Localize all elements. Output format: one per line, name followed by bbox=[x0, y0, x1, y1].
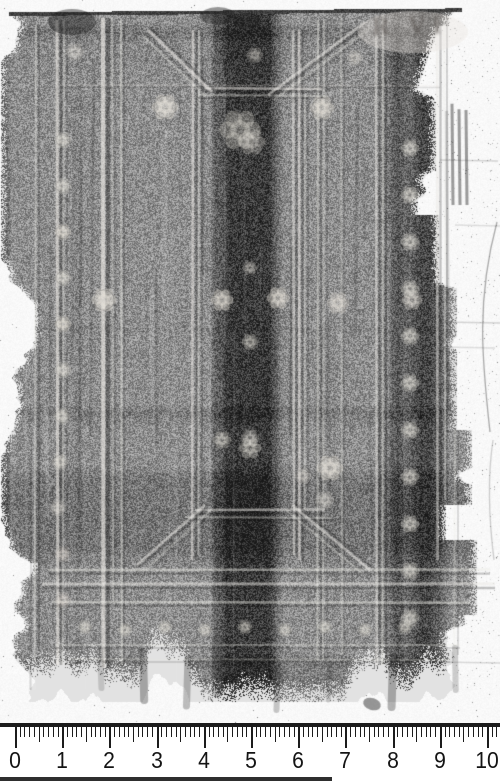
ruler-tick bbox=[95, 727, 96, 737]
ruler-tick bbox=[24, 727, 25, 737]
ruler-tick bbox=[67, 727, 68, 737]
ruler-tick bbox=[124, 727, 125, 737]
ruler-number: 8 bbox=[376, 747, 409, 774]
ruler-tick bbox=[303, 727, 304, 737]
ruler-tick bbox=[185, 727, 186, 737]
ruler-tick bbox=[350, 727, 351, 737]
ruler-tick bbox=[459, 727, 460, 737]
scan-edge-artifact bbox=[0, 777, 332, 781]
ruler-tick bbox=[445, 727, 446, 737]
ruler-number: 5 bbox=[234, 747, 267, 774]
ruler-tick bbox=[449, 727, 450, 737]
measurement-ruler: 012345678910 bbox=[0, 723, 500, 781]
ruler-tick bbox=[412, 727, 413, 737]
ruler-tick bbox=[251, 727, 253, 748]
ruler-tick bbox=[199, 727, 200, 737]
ruler-tick bbox=[331, 727, 332, 737]
ruler-tick bbox=[341, 727, 342, 737]
ruler-tick bbox=[289, 727, 290, 737]
ruler-tick bbox=[298, 727, 300, 748]
ruler-tick bbox=[114, 727, 115, 737]
ruler-tick bbox=[487, 727, 489, 748]
ruler-tick bbox=[270, 727, 271, 737]
ruler-tick bbox=[161, 727, 162, 737]
ruler-tick bbox=[374, 727, 375, 737]
ruler-tick bbox=[430, 727, 431, 737]
ruler-tick bbox=[100, 727, 101, 737]
ruler-tick bbox=[463, 727, 464, 742]
ruler-number: 2 bbox=[93, 747, 126, 774]
ruler-tick bbox=[128, 727, 129, 737]
ruler-tick bbox=[327, 727, 328, 737]
ruler-tick bbox=[336, 727, 337, 737]
ruler-tick bbox=[473, 727, 474, 737]
ruler-tick bbox=[86, 727, 87, 742]
ruler-tick bbox=[416, 727, 417, 742]
ruler-tick bbox=[312, 727, 313, 737]
ruler-tick bbox=[218, 727, 219, 737]
ruler-tick bbox=[133, 727, 134, 742]
ruler-tick bbox=[227, 727, 228, 742]
ruler-tick bbox=[39, 727, 40, 742]
ruler-tick bbox=[213, 727, 214, 737]
ruler-tick bbox=[435, 727, 436, 737]
ruler-tick bbox=[194, 727, 195, 737]
ruler-tick bbox=[29, 727, 30, 737]
ruler-tick bbox=[454, 727, 455, 737]
ruler-tick bbox=[482, 727, 483, 737]
scanned-rubbing-page: R VI 012345678910 bbox=[0, 0, 500, 781]
ruler-tick bbox=[246, 727, 247, 737]
book-cover-rubbing-canvas bbox=[0, 0, 500, 723]
ruler-tick bbox=[81, 727, 82, 737]
ruler-tick bbox=[265, 727, 266, 737]
ruler-tick bbox=[496, 727, 497, 737]
ruler-tick bbox=[378, 727, 379, 737]
ruler-tick bbox=[209, 727, 210, 737]
ruler-number: 7 bbox=[329, 747, 362, 774]
ruler-tick bbox=[492, 727, 493, 737]
ruler-number: 3 bbox=[140, 747, 173, 774]
ruler-tick bbox=[20, 727, 21, 737]
ruler-tick bbox=[232, 727, 233, 737]
ruler-tick bbox=[176, 727, 177, 737]
ruler-tick bbox=[294, 727, 295, 737]
ruler-number: 0 bbox=[0, 747, 32, 774]
ruler-tick bbox=[355, 727, 356, 737]
ruler-tick bbox=[43, 727, 44, 737]
ruler-tick bbox=[426, 727, 427, 737]
ruler-tick bbox=[105, 727, 106, 737]
ruler-tick bbox=[166, 727, 167, 737]
ruler-tick bbox=[53, 727, 54, 737]
ruler-tick bbox=[48, 727, 49, 737]
ruler-tick bbox=[397, 727, 398, 737]
ruler-tick bbox=[58, 727, 59, 737]
ruler-tick bbox=[223, 727, 224, 737]
ruler-tick bbox=[237, 727, 238, 737]
ruler-tick bbox=[275, 727, 276, 742]
ruler-tick bbox=[468, 727, 469, 737]
ruler-tick bbox=[388, 727, 389, 737]
ruler-tick bbox=[260, 727, 261, 737]
ruler-tick bbox=[421, 727, 422, 737]
ruler-tick bbox=[407, 727, 408, 737]
ruler-number: 1 bbox=[46, 747, 79, 774]
ruler-tick bbox=[180, 727, 181, 742]
ruler-tick bbox=[147, 727, 148, 737]
ruler-tick bbox=[190, 727, 191, 737]
ruler-tick bbox=[171, 727, 172, 737]
ruler-number: 9 bbox=[423, 747, 456, 774]
ruler-tick bbox=[345, 727, 347, 748]
ruler-tick bbox=[91, 727, 92, 737]
ruler-tick bbox=[142, 727, 143, 737]
ruler-tick bbox=[279, 727, 280, 737]
ruler-tick bbox=[72, 727, 73, 737]
ruler-tick bbox=[15, 727, 17, 748]
ruler-tick bbox=[440, 727, 442, 748]
ruler-tick bbox=[317, 727, 318, 737]
ruler-tick bbox=[34, 727, 35, 737]
ruler-tick bbox=[284, 727, 285, 737]
ruler-tick bbox=[369, 727, 370, 742]
ruler-tick bbox=[360, 727, 361, 737]
ruler-tick bbox=[242, 727, 243, 737]
ruler-number: 10 bbox=[470, 747, 500, 774]
ruler-tick bbox=[152, 727, 153, 737]
ruler-tick bbox=[322, 727, 323, 742]
ruler-tick bbox=[204, 727, 206, 748]
ruler-tick bbox=[256, 727, 257, 737]
ruler-number: 4 bbox=[187, 747, 220, 774]
ruler-tick bbox=[138, 727, 139, 737]
ruler-tick bbox=[402, 727, 403, 737]
cover-inscription-trace: R VI bbox=[372, 10, 493, 49]
ruler-tick bbox=[383, 727, 384, 737]
ruler-number: 6 bbox=[282, 747, 315, 774]
ruler-tick bbox=[62, 727, 64, 748]
ruler-tick bbox=[76, 727, 77, 737]
ruler-tick bbox=[109, 727, 111, 748]
ruler-tick bbox=[393, 727, 395, 748]
ruler-tick bbox=[308, 727, 309, 737]
ruler-tick bbox=[157, 727, 159, 748]
ruler-tick bbox=[478, 727, 479, 737]
ruler-tick bbox=[119, 727, 120, 737]
ruler-tick bbox=[364, 727, 365, 737]
